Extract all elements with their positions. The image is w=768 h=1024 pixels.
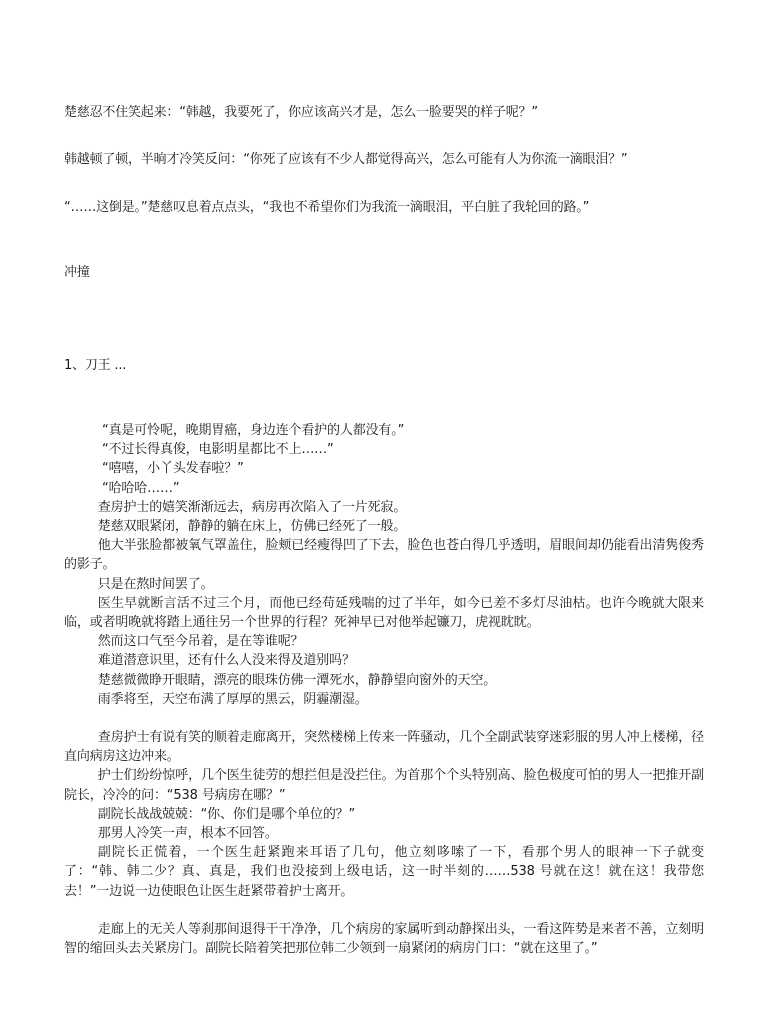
paragraph: 雨季将至，天空布满了厚厚的黑云，阴霾潮湿。 [64, 690, 704, 709]
paragraph: “嘻嘻，小丫头发春啦？” [64, 459, 704, 478]
paragraph: 查房护士有说有笑的顺着走廊离开，突然楼梯上传来一阵骚动，几个全副武装穿迷彩服的男… [64, 728, 704, 766]
prev-paragraph-2: 韩越顿了顿，半晌才冷笑反问：“你死了应该有不少人都觉得高兴，怎么可能有人为你流一… [64, 150, 627, 169]
paragraph: “哈哈哈……” [64, 479, 704, 498]
paragraph: 查房护士的嬉笑渐渐远去，病房再次陷入了一片死寂。 [64, 498, 704, 517]
chapter-title: 1、刀王 ... [64, 356, 126, 375]
paragraph: “不过长得真俊，电影明星都比不上……” [64, 440, 704, 459]
paragraph: 楚慈双眼紧闭，静静的躺在床上，仿佛已经死了一般。 [64, 517, 704, 536]
paragraph: 然而这口气至今吊着，是在等谁呢？ [64, 632, 704, 651]
paragraph: 楚慈微微睁开眼睛，漂亮的眼珠仿佛一潭死水，静静望向窗外的天空。 [64, 671, 704, 690]
paragraph: “真是可怜呢，晚期胃癌，身边连个看护的人都没有。” [64, 421, 704, 440]
paragraph: 护士们纷纷惊呼，几个医生徒劳的想拦但是没拦住。为首那个个头特别高、脸色极度可怕的… [64, 766, 704, 804]
paragraph: 那男人冷笑一声，根本不回答。 [64, 824, 704, 843]
paragraph: 走廊上的无关人等刹那间退得干干净净，几个病房的家属听到动静探出头，一看这阵势是来… [64, 920, 704, 958]
paragraph: 只是在熬时间罢了。 [64, 575, 704, 594]
paragraph: 副院长战战兢兢：“你、你们是哪个单位的？” [64, 805, 704, 824]
paragraph: 副院长正慌着，一个医生赶紧跑来耳语了几句，他立刻哆嗦了一下，看那个男人的眼神一下… [64, 843, 704, 901]
chapter-body: “真是可怜呢，晚期胃癌，身边连个看护的人都没有。” “不过长得真俊，电影明星都比… [64, 421, 704, 958]
book-title: 冲撞 [64, 263, 90, 282]
prev-paragraph-3: “……这倒是。”楚慈叹息着点点头，“我也不希望你们为我流一滴眼泪，平白脏了我轮回… [64, 198, 589, 217]
paragraph: 难道潜意识里，还有什么人没来得及道别吗？ [64, 651, 704, 670]
prev-paragraph-1: 楚慈忍不住笑起来：“韩越，我要死了，你应该高兴才是，怎么一脸要哭的样子呢？” [64, 103, 538, 122]
paragraph: 医生早就断言活不过三个月，而他已经苟延残喘的过了半年，如今已差不多灯尽油枯。也许… [64, 594, 704, 632]
paragraph: 他大半张脸都被氧气罩盖住，脸颊已经瘦得凹了下去，脸色也苍白得几乎透明，眉眼间却仍… [64, 536, 704, 574]
